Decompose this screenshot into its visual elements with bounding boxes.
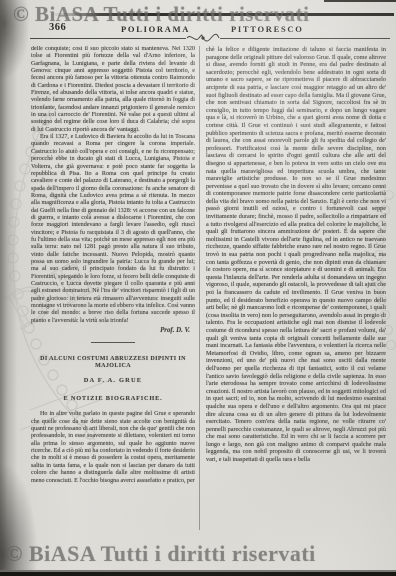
copyright-watermark-top: © BiASA Tutti i diritti riservati (13, 2, 309, 27)
scan-edge-line-top-right (324, 0, 396, 2)
article1-paragraph: Era il 1327, e Ludovico di Baviera fu ac… (31, 134, 195, 325)
article-separator-rule (91, 342, 135, 343)
copyright-watermark-bottom: © BiASA Tutti i diritti riservati (6, 541, 316, 567)
article2-title: DI ALCUNI COSTUMI ABRUZZESI DIPINTI IN M… (31, 356, 195, 370)
scanned-journal-page: D E 366 POLIORAMA PITTORESCO delle conqu… (0, 0, 396, 576)
header-rule-right (220, 38, 390, 39)
article2-paragraph: Ho in altre volte parlato in queste pagi… (31, 411, 195, 484)
scan-edge-bar-bottom (0, 572, 396, 576)
header-flourish-ornament (186, 32, 220, 44)
article2-byline: DA F. A. GRUE (31, 377, 195, 384)
article1-signature: Prof. D. V. (31, 327, 190, 334)
header-rule-left (30, 38, 186, 39)
column-divider-rule (199, 46, 200, 530)
article2-subtitle: E NOTIZIE BIOGRAFICHE. (31, 395, 195, 402)
left-text-column: delle conquiste; così il suo piccolo sta… (31, 46, 195, 530)
right-text-column: chè la felice e diligente imitazione di … (206, 46, 386, 530)
article2-paragraph-continued: chè la felice e diligente imitazione di … (206, 46, 386, 464)
article1-paragraph: delle conquiste; così il suo piccolo sta… (31, 46, 195, 134)
